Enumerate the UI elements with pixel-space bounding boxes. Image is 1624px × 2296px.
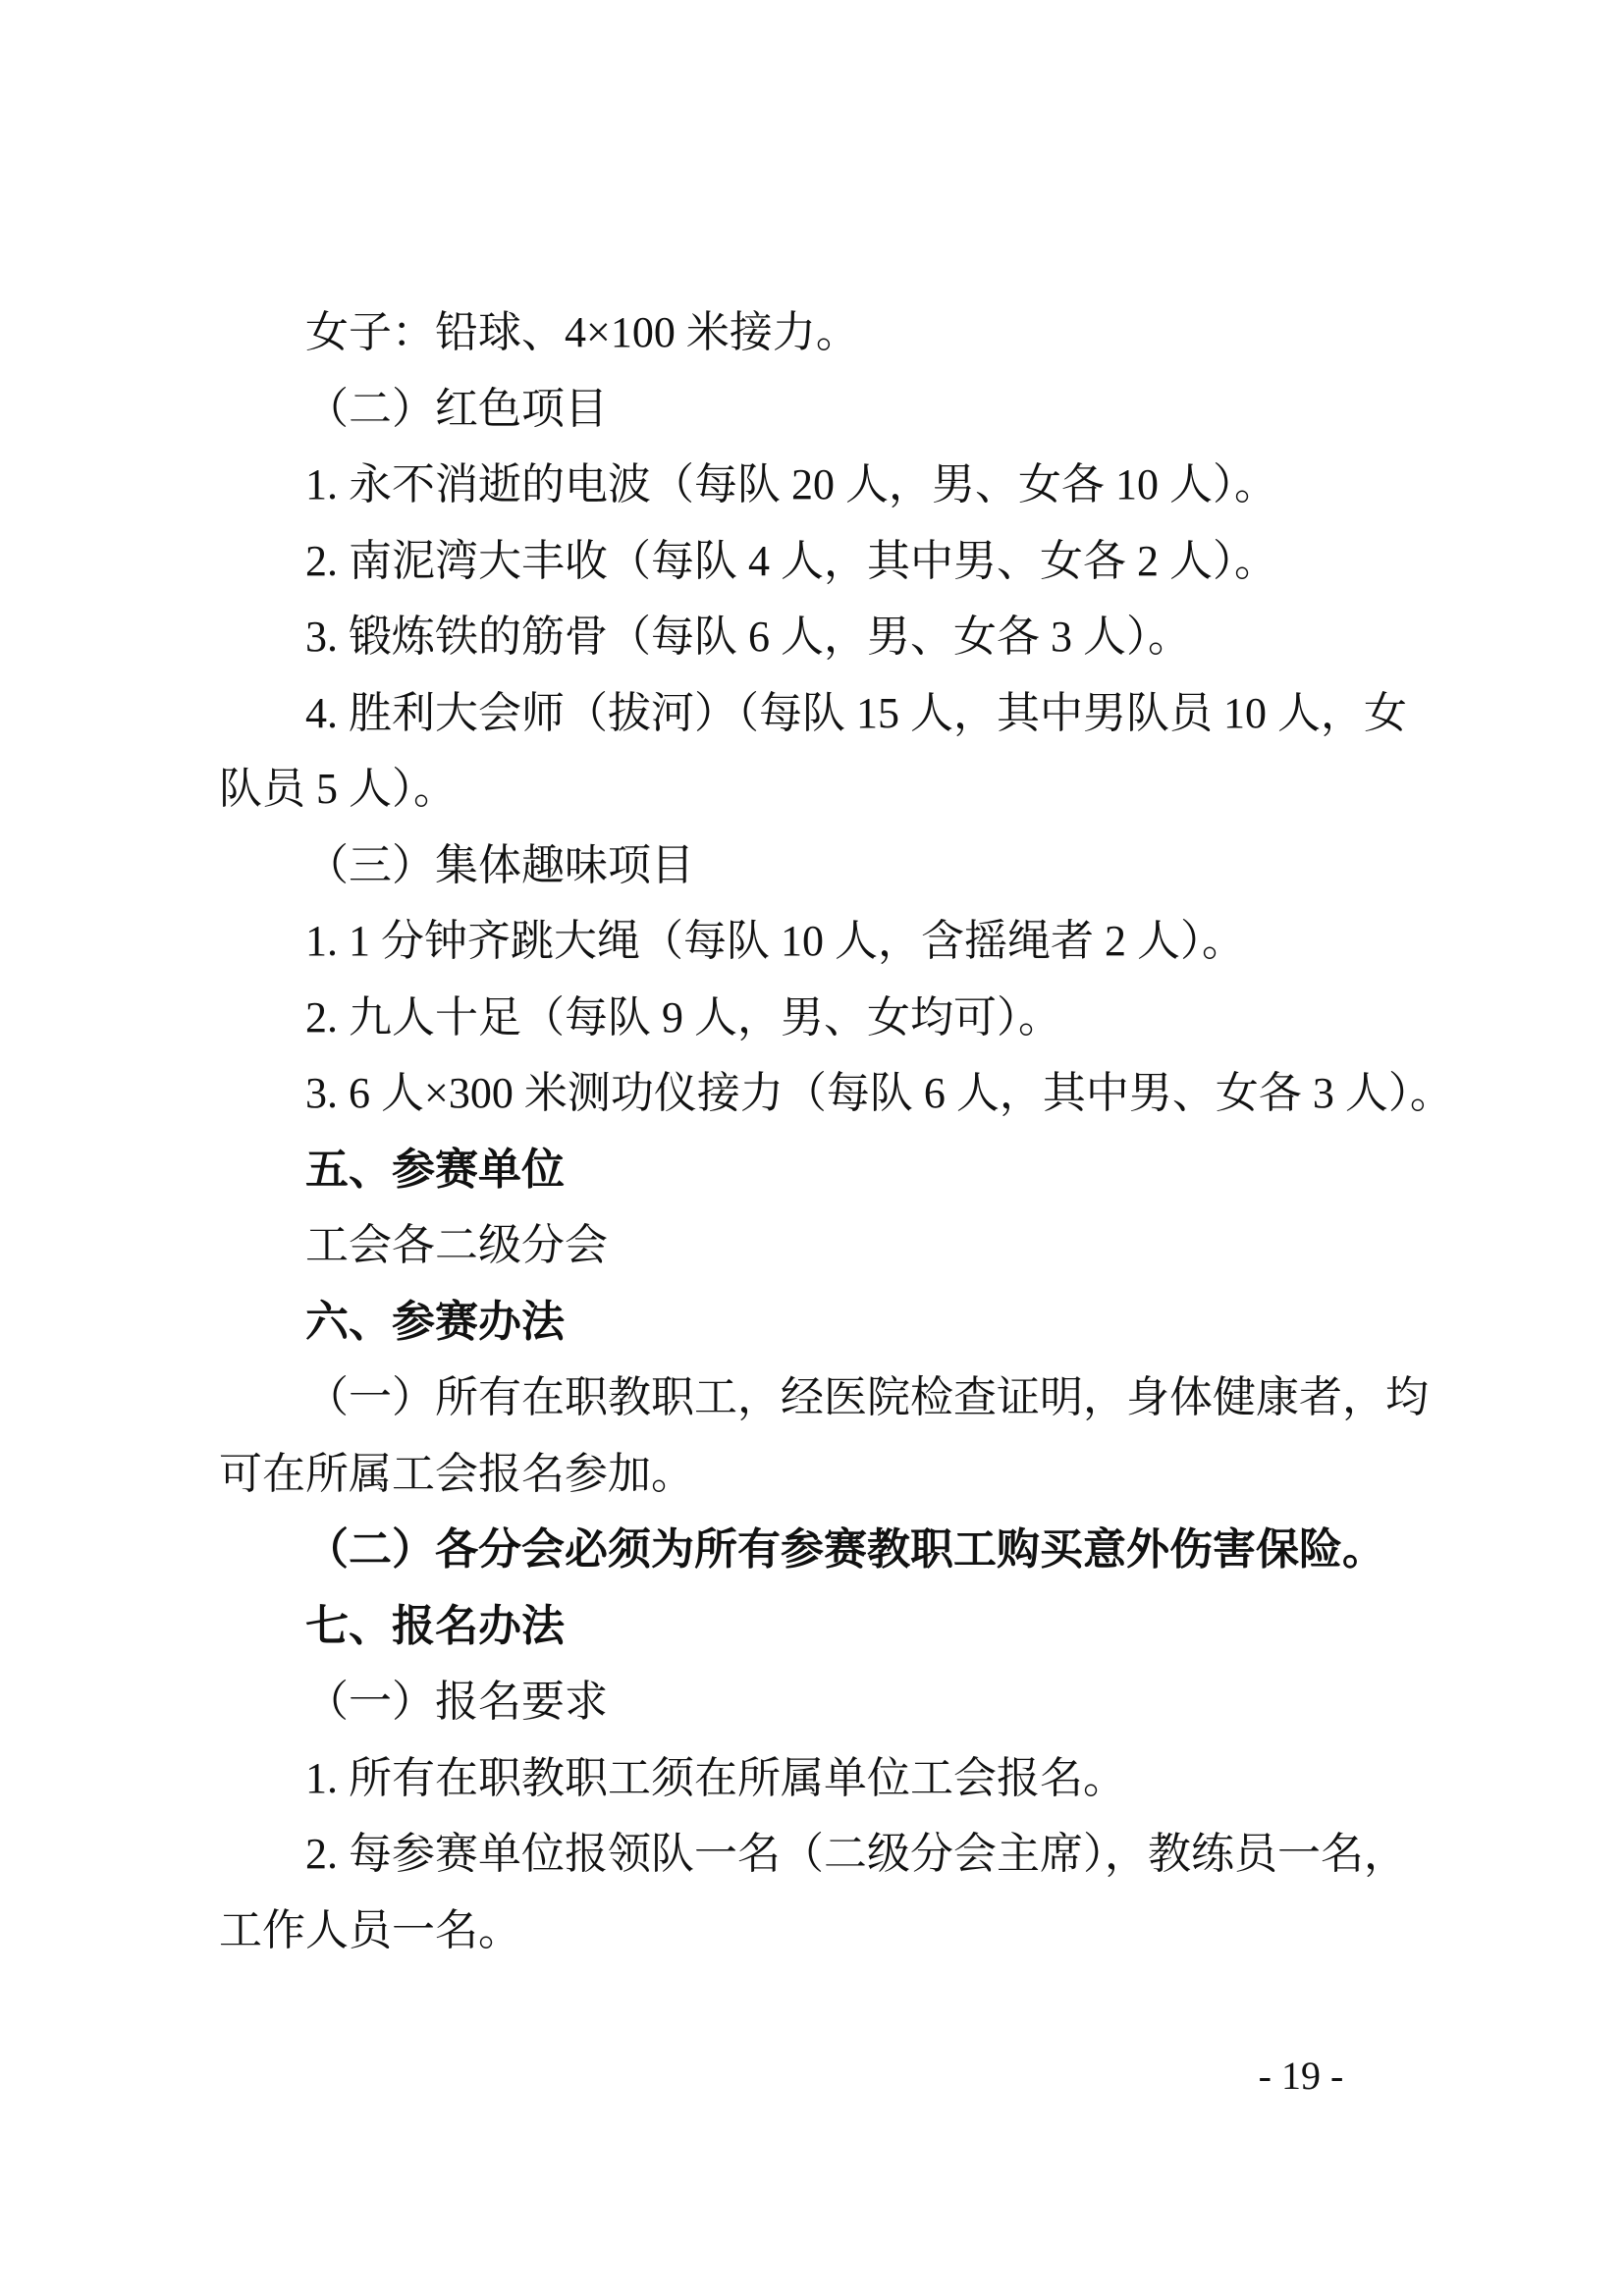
document-line: 1. 1 分钟齐跳大绳（每队 10 人，含摇绳者 2 人）。 — [219, 903, 1436, 980]
document-page: 女子：铅球、4×100 米接力。（二）红色项目1. 永不消逝的电波（每队 20 … — [0, 0, 1624, 2296]
document-body: 女子：铅球、4×100 米接力。（二）红色项目1. 永不消逝的电波（每队 20 … — [219, 294, 1436, 1968]
document-line: 4. 胜利大会师（拔河）（每队 15 人，其中男队员 10 人，女 — [219, 675, 1436, 752]
document-line: 1. 永不消逝的电波（每队 20 人，男、女各 10 人）。 — [219, 447, 1436, 523]
document-line: 2. 九人十足（每队 9 人，男、女均可）。 — [219, 980, 1436, 1056]
document-line: 工会各二级分会 — [219, 1207, 1436, 1284]
document-line: 可在所属工会报名参加。 — [219, 1436, 1436, 1513]
document-line: （二）红色项目 — [219, 371, 1436, 448]
document-line: 3. 6 人×300 米测功仪接力（每队 6 人，其中男、女各 3 人）。 — [219, 1055, 1436, 1132]
document-line: （三）集体趣味项目 — [219, 828, 1436, 904]
document-line: 七、报名办法 — [219, 1588, 1436, 1665]
document-line: 五、参赛单位 — [219, 1132, 1436, 1208]
page-number: - 19 - — [1232, 2050, 1370, 2103]
document-line: 3. 锻炼铁的筋骨（每队 6 人，男、女各 3 人）。 — [219, 599, 1436, 675]
document-line: 六、参赛办法 — [219, 1284, 1436, 1361]
document-line: 工作人员一名。 — [219, 1893, 1436, 1969]
document-line: 2. 南泥湾大丰收（每队 4 人，其中男、女各 2 人）。 — [219, 523, 1436, 600]
document-line: 1. 所有在职教职工须在所属单位工会报名。 — [219, 1740, 1436, 1817]
document-line: （二）各分会必须为所有参赛教职工购买意外伤害保险。 — [219, 1512, 1436, 1588]
document-line: 队员 5 人）。 — [219, 751, 1436, 828]
document-line: （一）报名要求 — [219, 1664, 1436, 1740]
document-line: 2. 每参赛单位报领队一名（二级分会主席），教练员一名， — [219, 1816, 1436, 1893]
document-line: （一）所有在职教职工，经医院检查证明，身体健康者，均 — [219, 1360, 1436, 1436]
document-line: 女子：铅球、4×100 米接力。 — [219, 294, 1436, 371]
